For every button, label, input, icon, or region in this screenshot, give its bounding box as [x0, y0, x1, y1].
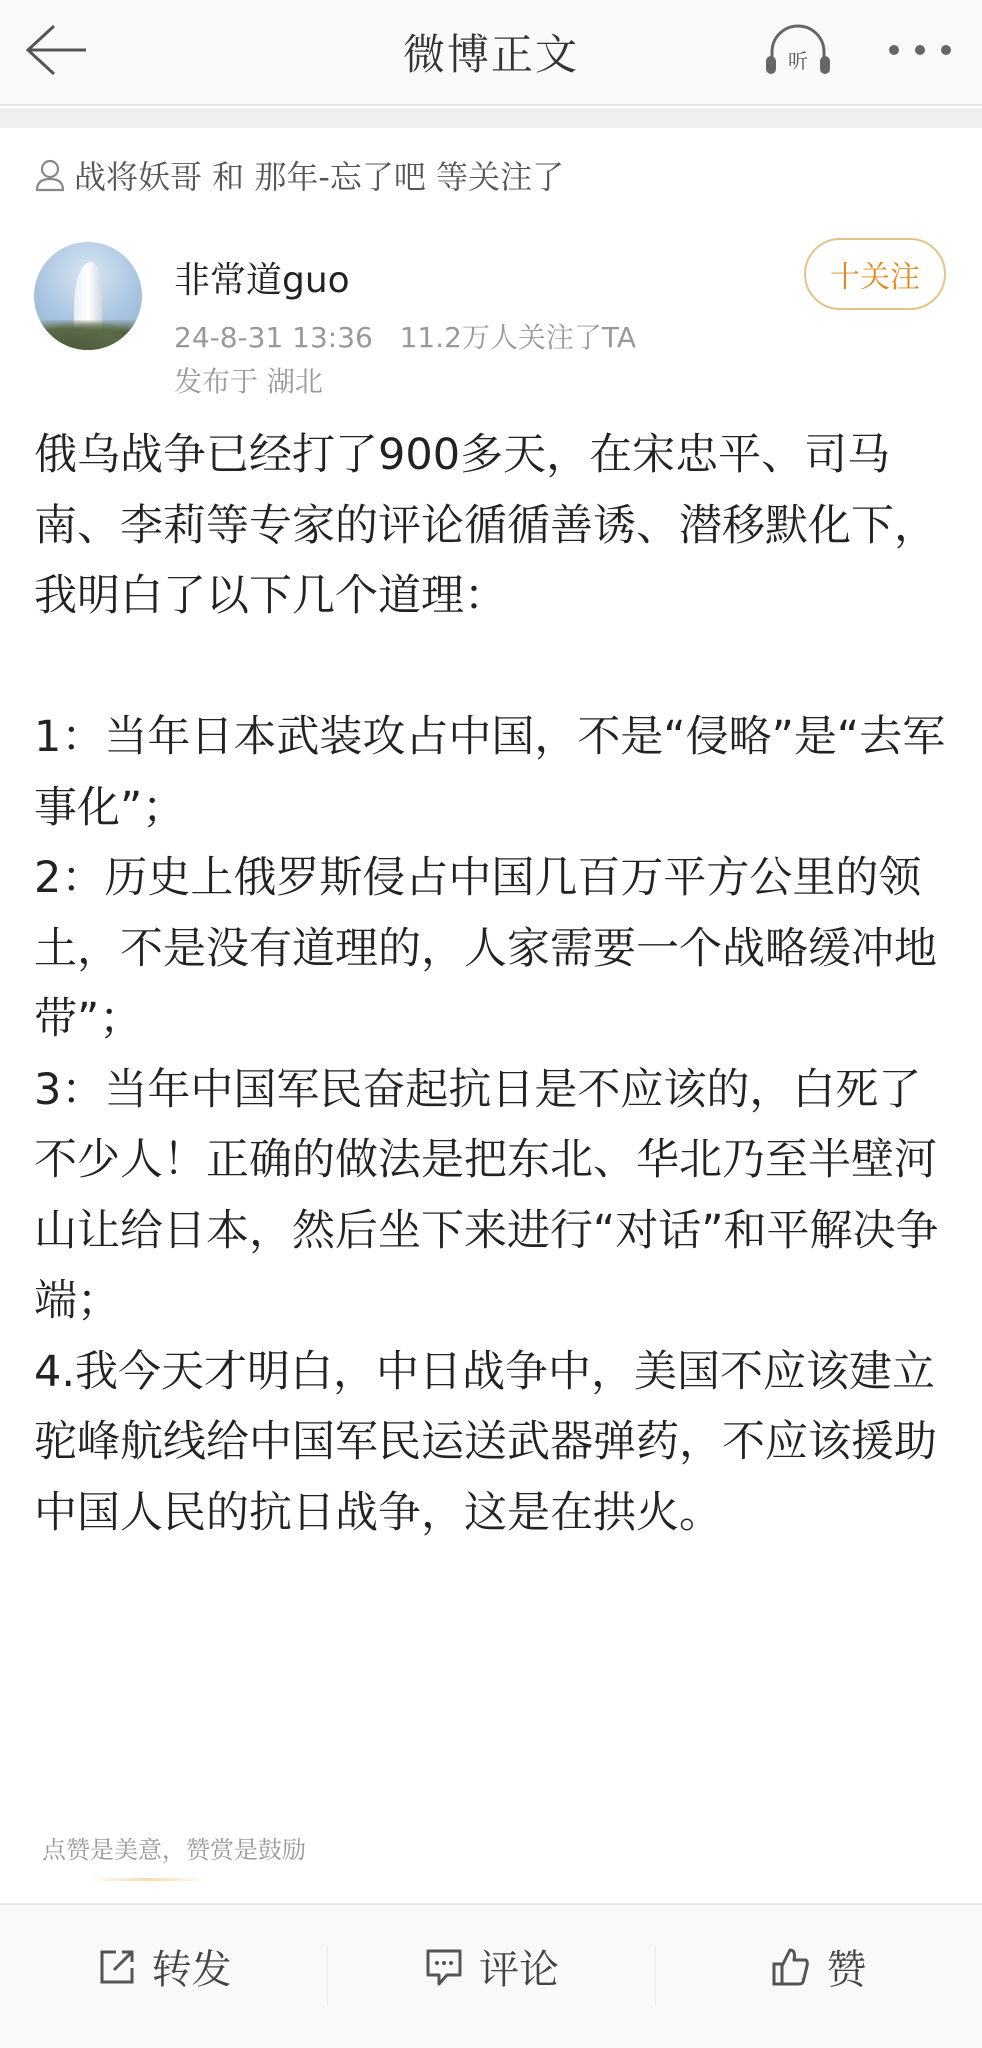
more-button[interactable]	[880, 30, 960, 70]
repost-icon	[96, 1946, 138, 1988]
post-paragraph-point-3: 3：当年中国军民奋起抗日是不应该的，白死了不少人！正确的做法是把东北、华北乃至半…	[34, 1055, 954, 1337]
repost-label: 转发	[152, 1938, 232, 1995]
reward-hint: 点赞是美意，赞赏是鼓励	[42, 1830, 306, 1865]
like-button[interactable]: 赞	[655, 1905, 982, 2048]
top-nav-bar: 微博正文 听	[0, 0, 982, 106]
follow-button[interactable]: 十关注	[804, 238, 946, 310]
followers-hint-text: 战将妖哥 和 那年-忘了吧 等关注了	[74, 152, 564, 198]
user-outline-icon	[34, 158, 66, 192]
comment-icon	[423, 1946, 465, 1988]
headphones-listen-icon: 听	[762, 22, 834, 82]
page-title: 微博正文	[0, 22, 982, 82]
post-paragraph-point-4: 4.我今天才明白，中日战争中，美国不应该建立驼峰航线给中国军民运送武器弹药，不应…	[34, 1337, 954, 1549]
comment-button[interactable]: 评论	[327, 1905, 654, 2048]
avatar[interactable]	[34, 242, 142, 350]
bottom-action-bar: 转发 评论 赞	[0, 1903, 982, 2048]
post-paragraph-point-2: 2：历史上俄罗斯侵占中国几百万平方公里的领土，不是没有道理的，人家需要一个战略缓…	[34, 843, 954, 1055]
post-content: 俄乌战争已经打了900多天，在宋忠平、司马南、李莉等专家的评论循循善诱、潜移默化…	[34, 420, 954, 1548]
author-name[interactable]: 非常道guo	[174, 252, 350, 303]
listen-button[interactable]: 听	[762, 22, 834, 82]
more-dots-icon	[880, 30, 960, 70]
post-location: 发布于 湖北	[174, 360, 323, 400]
paragraph-spacer	[34, 632, 954, 703]
repost-button[interactable]: 转发	[0, 1905, 327, 2048]
comment-label: 评论	[479, 1938, 559, 1995]
thumbs-up-icon	[770, 1946, 812, 1988]
avatar-trees-image	[34, 320, 142, 350]
reward-decoration	[88, 1878, 208, 1881]
like-label: 赞	[826, 1938, 866, 1995]
post-meta: 24-8-31 13:36 11.2万人关注了TA	[174, 316, 636, 356]
followers-hint[interactable]: 战将妖哥 和 那年-忘了吧 等关注了	[34, 152, 564, 198]
svg-text:听: 听	[788, 49, 808, 73]
section-separator	[0, 108, 982, 128]
post-paragraph-intro: 俄乌战争已经打了900多天，在宋忠平、司马南、李莉等专家的评论循循善诱、潜移默化…	[34, 420, 954, 632]
author-header: 非常道guo 24-8-31 13:36 11.2万人关注了TA 发布于 湖北 …	[34, 238, 954, 408]
post-paragraph-point-1: 1：当年日本武装攻占中国，不是“侵略”是“去军事化”；	[34, 702, 954, 843]
